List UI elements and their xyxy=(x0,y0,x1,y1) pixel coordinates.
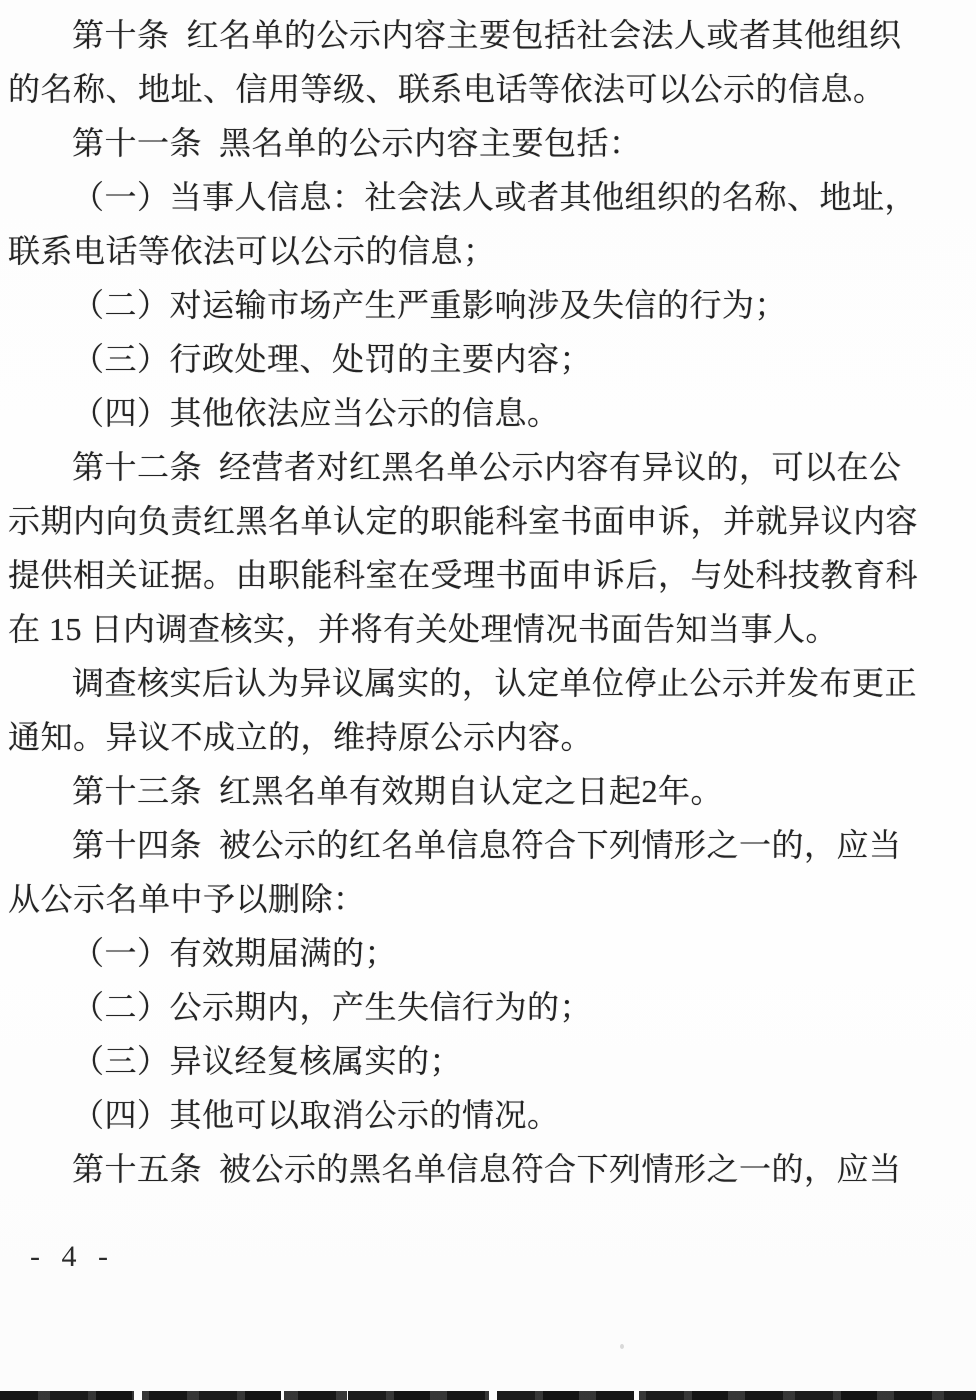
text-line: （三）行政处理、处罚的主要内容； xyxy=(8,332,900,386)
text-line: （四）其他可以取消公示的情况。 xyxy=(8,1088,900,1142)
text-line: （二）公示期内，产生失信行为的； xyxy=(8,980,900,1034)
text-line: 的名称、地址、信用等级、联系电话等依法可以公示的信息。 xyxy=(8,62,900,116)
text-line: 示期内向负责红黑名单认定的职能科室书面申诉，并就异议内容 xyxy=(8,494,900,548)
text-line: 第十五条 被公示的黑名单信息符合下列情形之一的，应当 xyxy=(8,1142,900,1196)
text-line: （一）当事人信息：社会法人或者其他组织的名称、地址， xyxy=(8,170,900,224)
text-line: 在 15 日内调查核实，并将有关处理情况书面告知当事人。 xyxy=(8,602,900,656)
text-line: （一）有效期届满的； xyxy=(8,926,900,980)
text-line: 第十四条 被公示的红名单信息符合下列情形之一的，应当 xyxy=(8,818,900,872)
text-line: 联系电话等依法可以公示的信息； xyxy=(8,224,900,278)
text-line: 第十二条 经营者对红黑名单公示内容有异议的，可以在公 xyxy=(8,440,900,494)
text-line: 第十三条 红黑名单有效期自认定之日起2年。 xyxy=(8,764,900,818)
scan-speckle xyxy=(620,1344,624,1349)
text-line: （四）其他依法应当公示的信息。 xyxy=(8,386,900,440)
document-text-block: 第十条 红名单的公示内容主要包括社会法人或者其他组织 的名称、地址、信用等级、联… xyxy=(8,8,900,1196)
text-line: 从公示名单中予以删除： xyxy=(8,872,900,926)
text-line: 提供相关证据。由职能科室在受理书面申诉后，与处科技教育科 xyxy=(8,548,900,602)
text-line: 通知。异议不成立的，维持原公示内容。 xyxy=(8,710,900,764)
text-line: 调查核实后认为异议属实的，认定单位停止公示并发布更正 xyxy=(8,656,900,710)
scan-artifact-band xyxy=(0,1391,976,1400)
text-line: （二）对运输市场产生严重影响涉及失信的行为； xyxy=(8,278,900,332)
document-page: 第十条 红名单的公示内容主要包括社会法人或者其他组织 的名称、地址、信用等级、联… xyxy=(0,0,976,1400)
text-line: 第十条 红名单的公示内容主要包括社会法人或者其他组织 xyxy=(8,8,900,62)
text-line: （三）异议经复核属实的； xyxy=(8,1034,900,1088)
text-line: 第十一条 黑名单的公示内容主要包括： xyxy=(8,116,900,170)
page-number: - 4 - xyxy=(30,1240,115,1274)
